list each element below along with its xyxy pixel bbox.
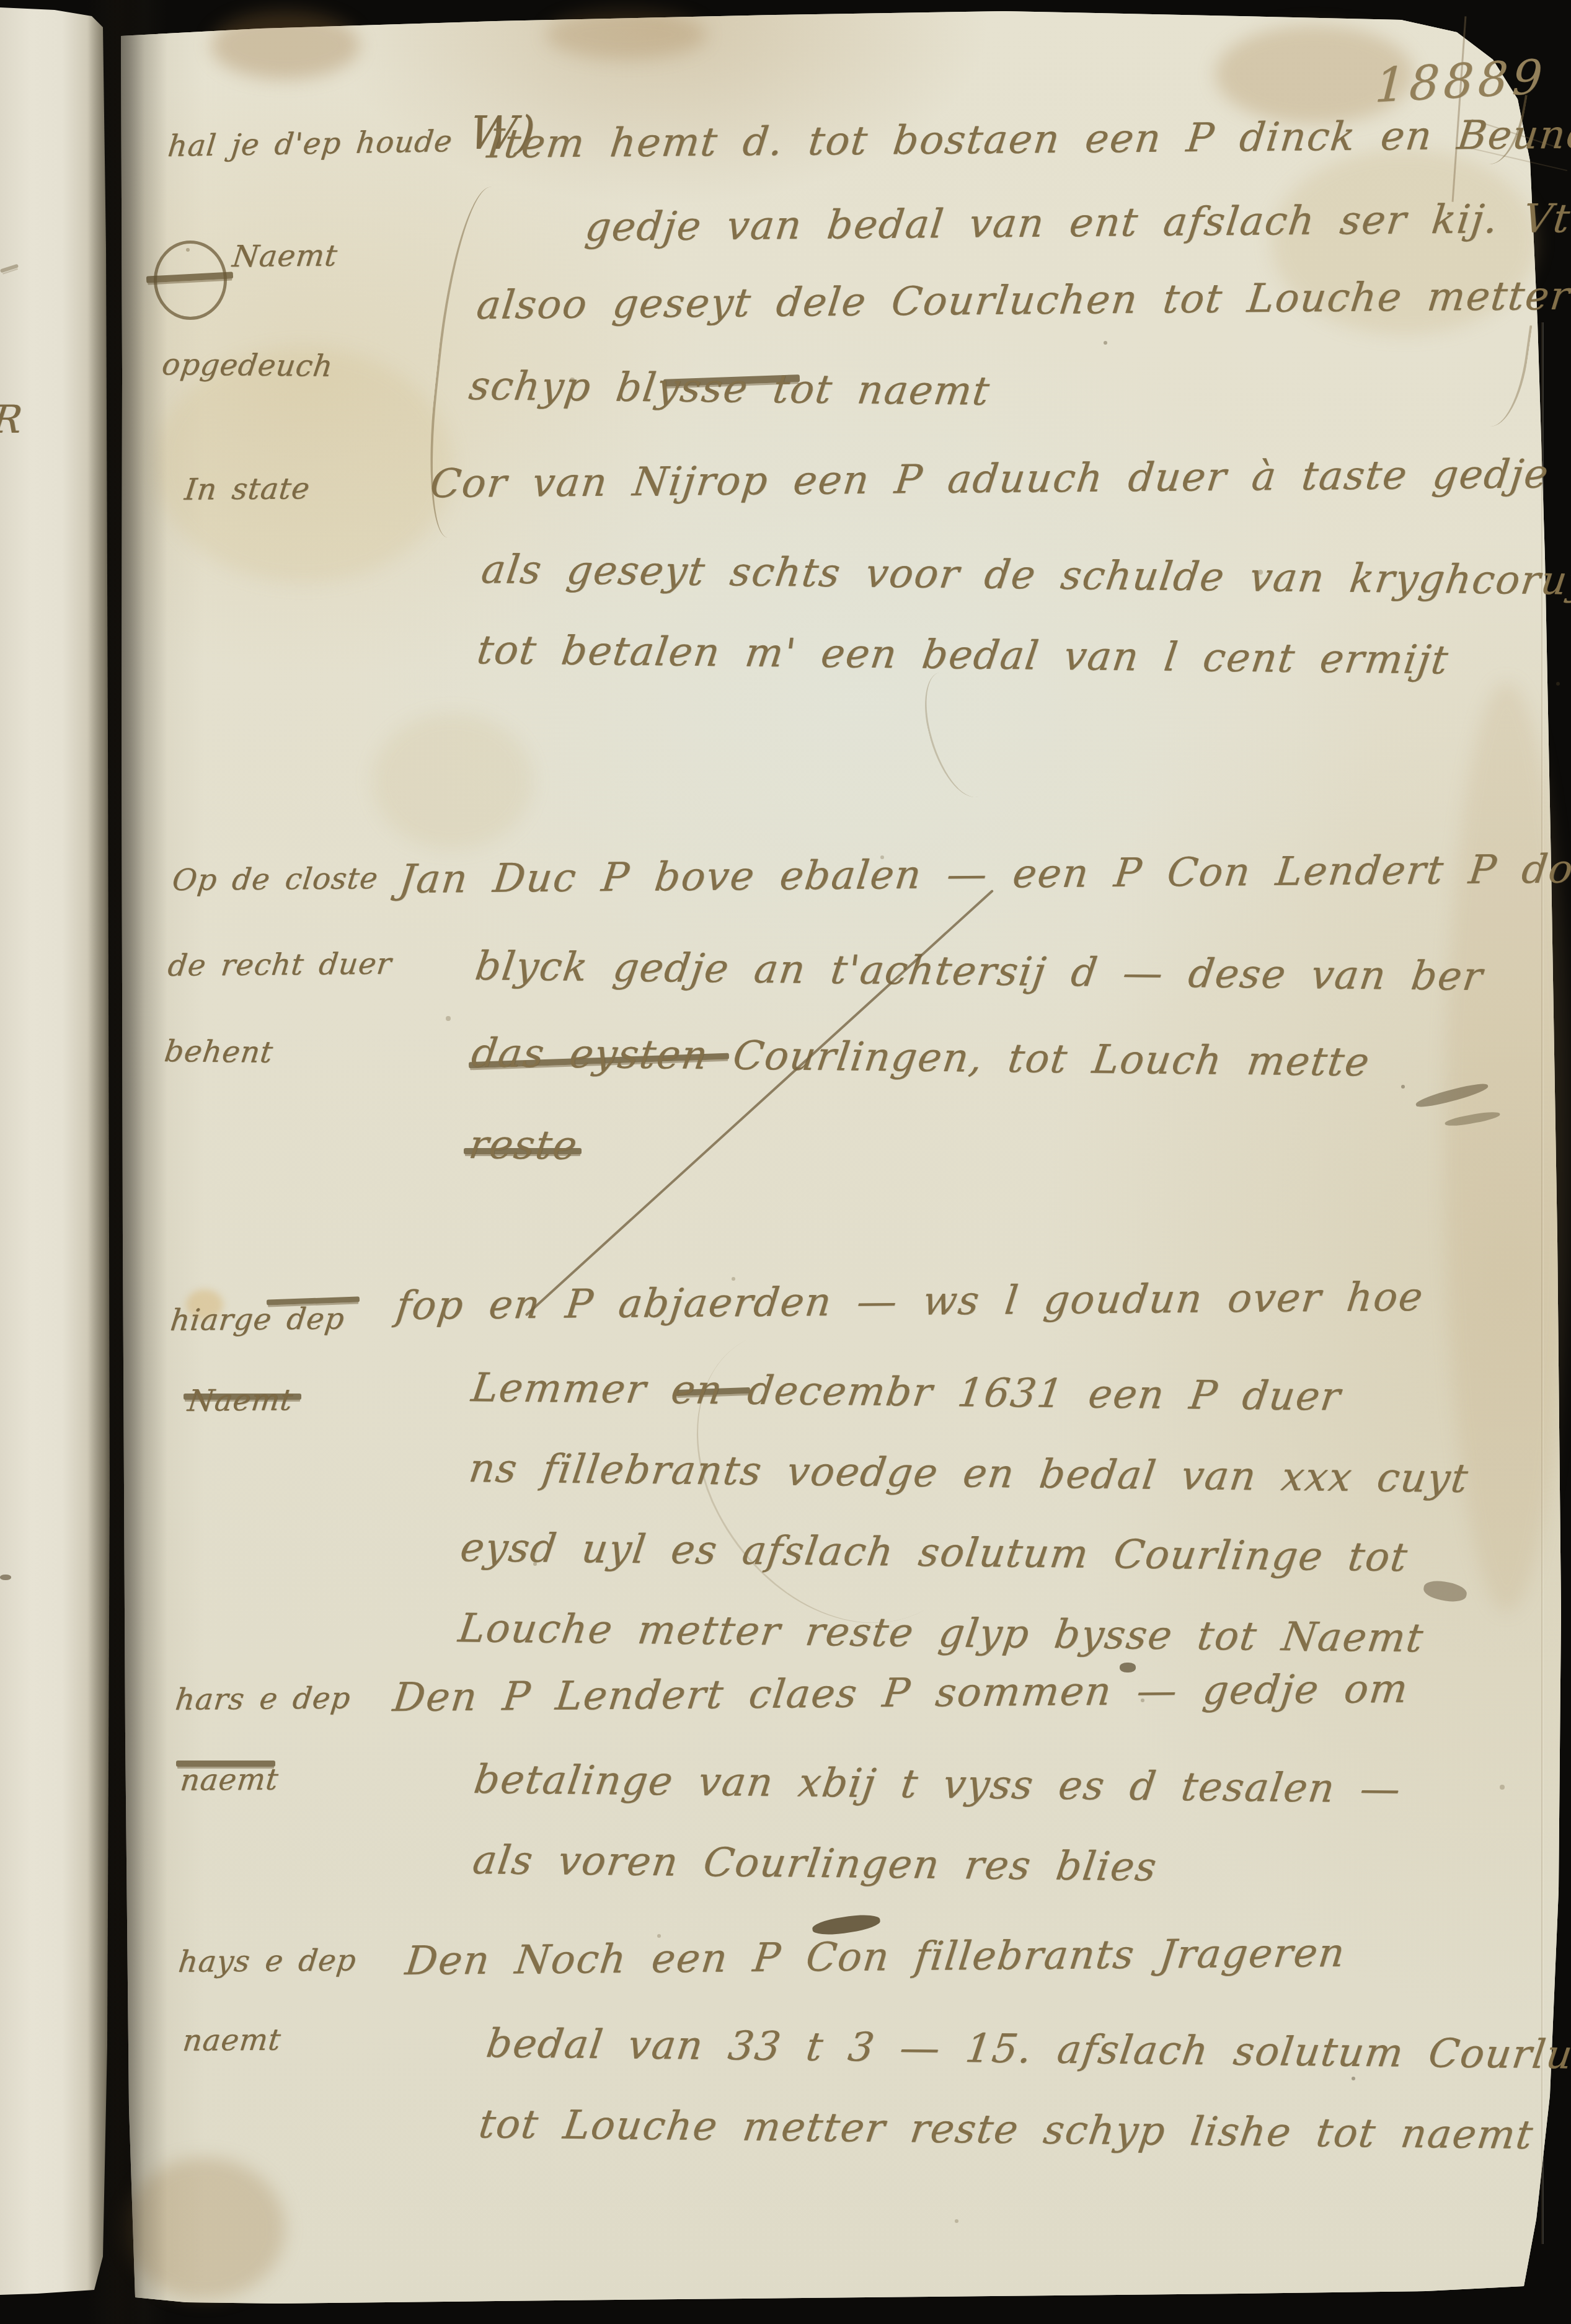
photo-background: R 18889 hal je d'ep houde W) Naemt opged… [0, 0, 1571, 2324]
manuscript-page [0, 0, 1571, 2324]
folio-number: 18889 [1374, 49, 1548, 113]
left-page-edge [0, 0, 113, 2324]
